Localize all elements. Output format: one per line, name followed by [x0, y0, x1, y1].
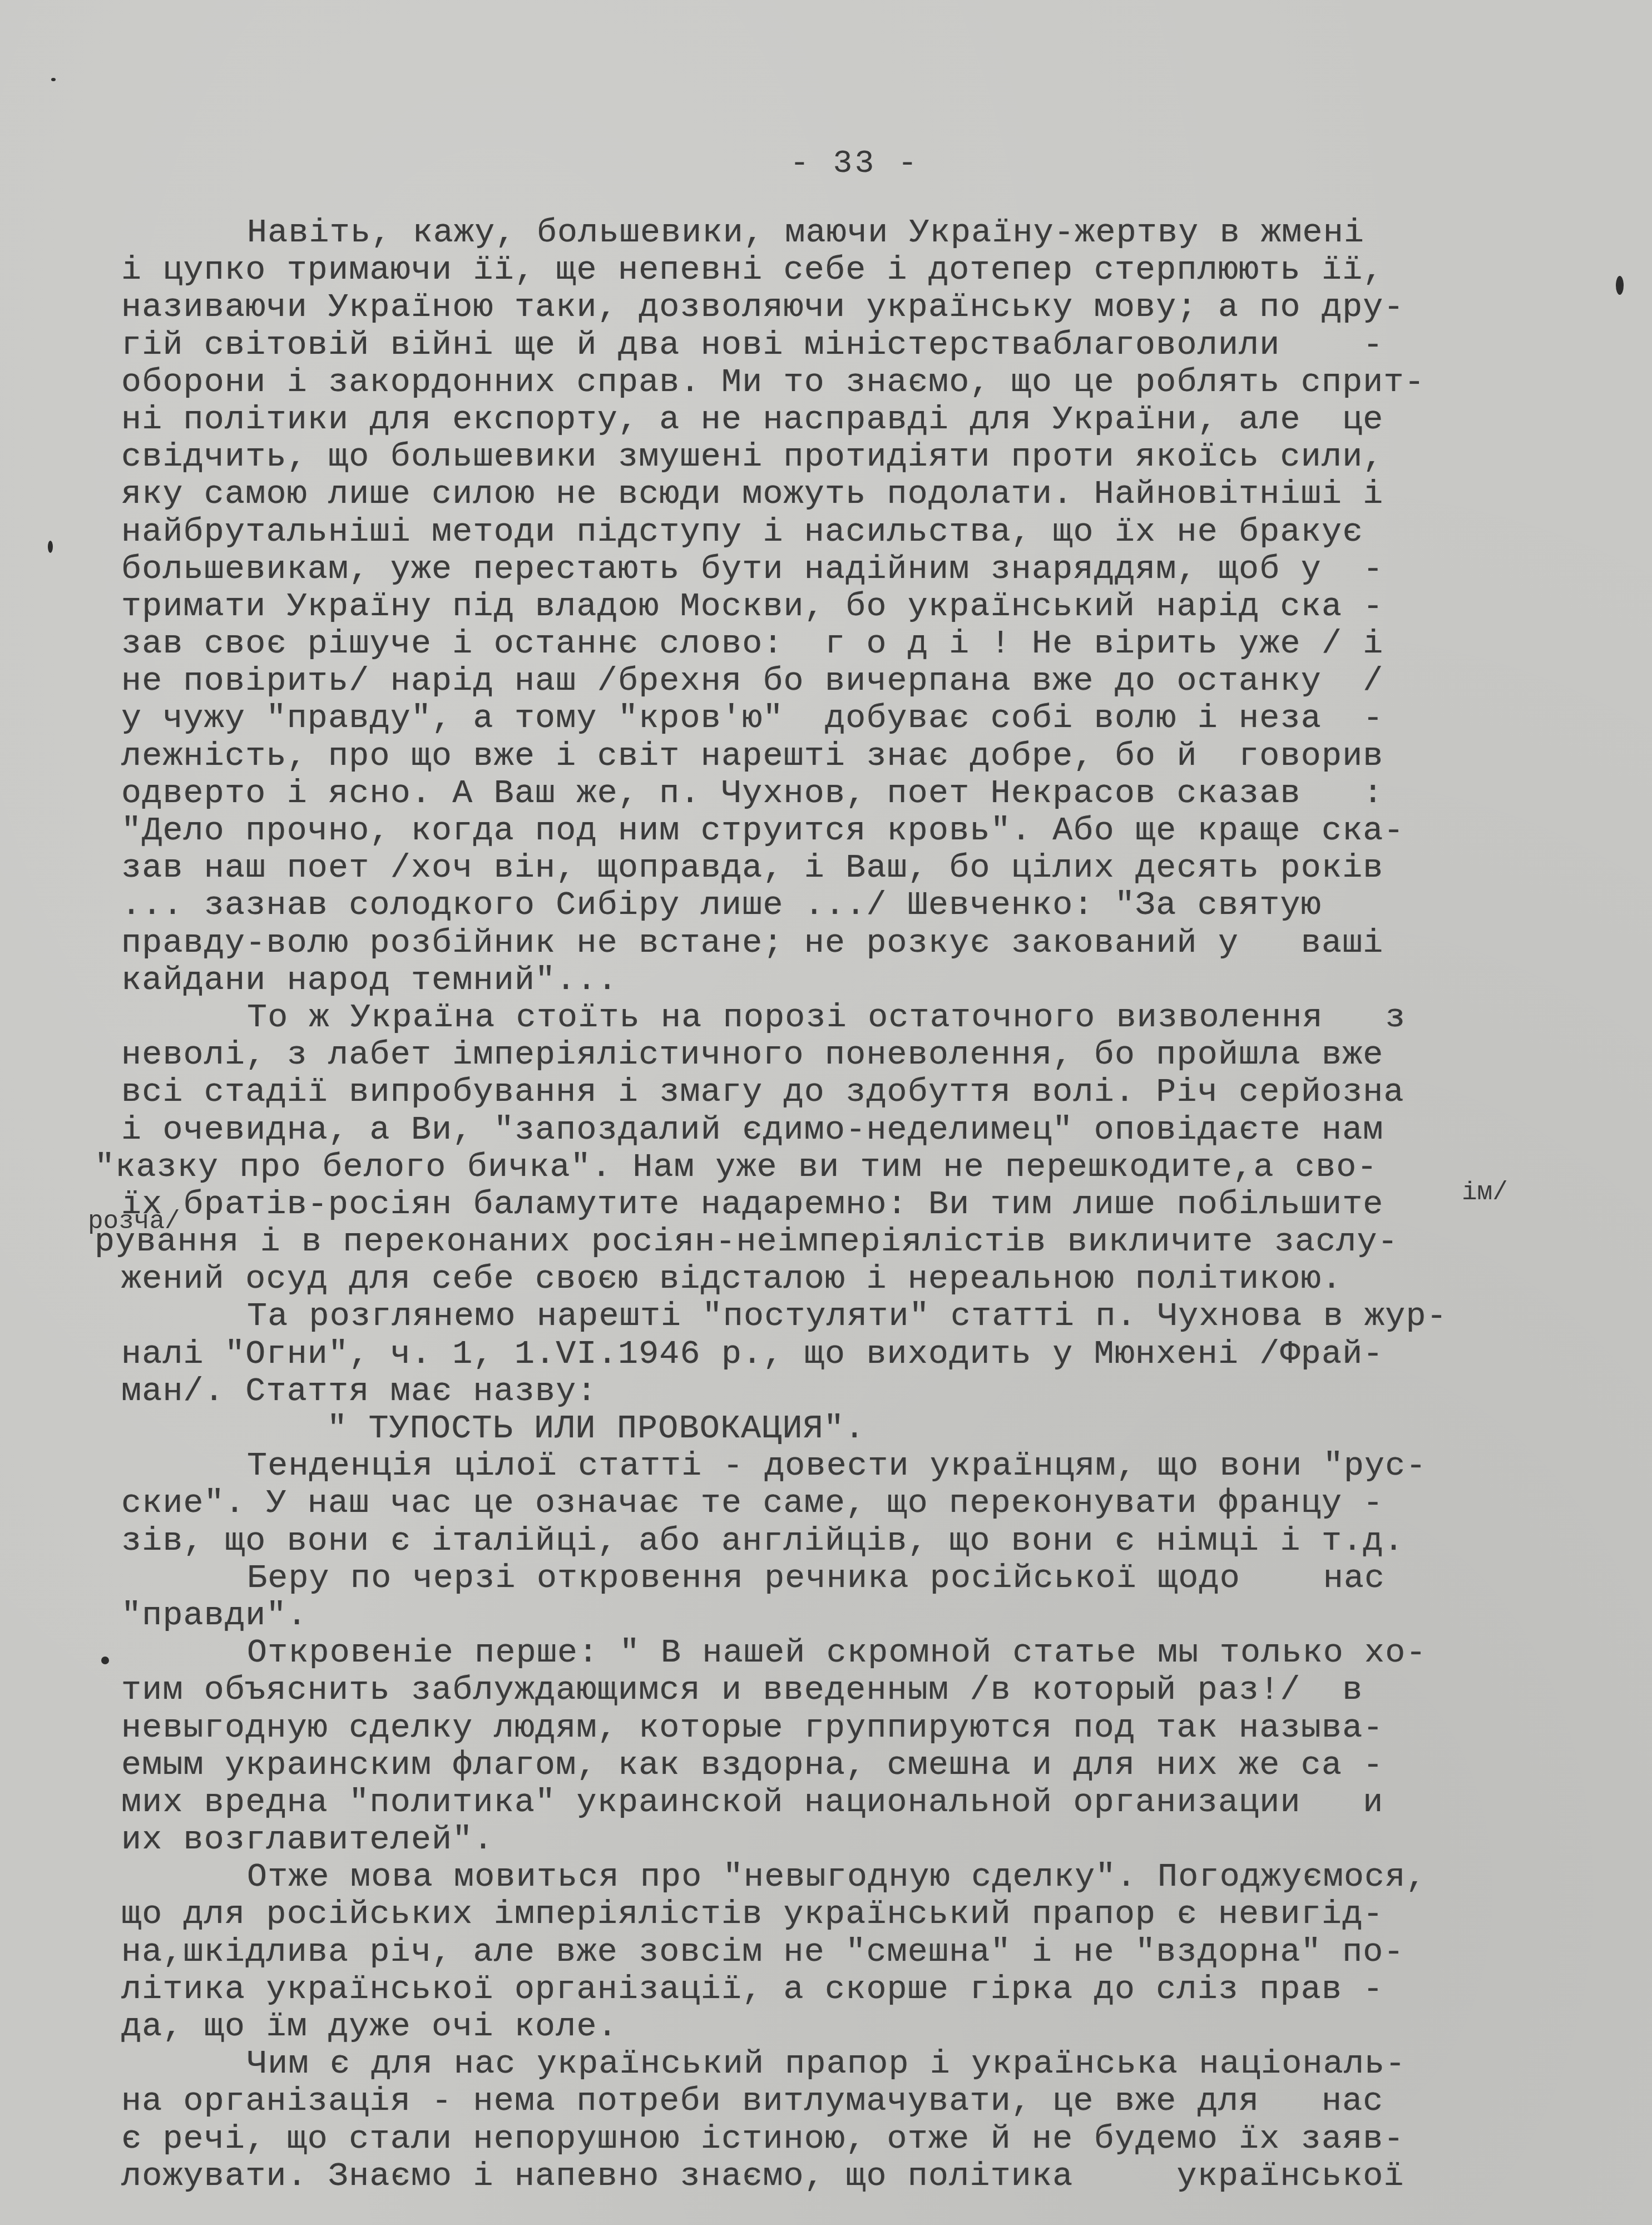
text-line: Чим є для нас український прапор і украї…	[121, 2046, 1545, 2083]
text-line: зів, що вони є італійці, або англійців, …	[121, 1523, 1545, 1560]
text-line: тим объяснить заблуждающимся и введенным…	[121, 1672, 1545, 1709]
typewritten-page: - 33 - Навіть, кажу, большевики, маючи У…	[0, 0, 1652, 2225]
text-line: Отже мова мовиться про "невыгодную сделк…	[121, 1859, 1545, 1896]
text-line: То ж Україна стоїть на порозі остаточног…	[121, 1000, 1545, 1037]
text-line: кайдани народ темний"...	[121, 962, 1545, 1000]
text-line: емым украинским флагом, как вздорна, сме…	[121, 1747, 1545, 1784]
text-line: лежність, про що вже і світ нарешті знає…	[121, 738, 1545, 775]
text-line: тримати Україну під владою Москви, бо ук…	[121, 589, 1545, 626]
text-line: і очевидна, а Ви, "запоздалий єдимо-неде…	[121, 1112, 1545, 1149]
text-line: їх братів-росіян баламутите надаремно: В…	[121, 1186, 1545, 1224]
text-line: большевикам, уже перестають бути надійни…	[121, 551, 1545, 589]
text-line: их возглавителей".	[121, 1822, 1545, 1859]
text-line: ман/. Стаття має назву:	[121, 1373, 1545, 1411]
text-line: гій світовій війні ще й два нові міністе…	[121, 327, 1545, 364]
ink-speck	[51, 78, 56, 81]
page-number: - 33 -	[790, 146, 919, 182]
text-line: ... зазнав солодкого Сибіру лише .../ Ше…	[121, 887, 1545, 924]
ink-speck	[48, 541, 53, 553]
text-line: і цупко тримаючи її, ще непевні себе і д…	[121, 252, 1545, 289]
text-line: Тенденція цілої статті - довести українц…	[121, 1448, 1545, 1485]
text-line: Навіть, кажу, большевики, маючи Україну-…	[121, 215, 1545, 252]
text-line: Та розглянемо нарешті "постуляти" статті…	[121, 1298, 1545, 1336]
text-line: " ТУПОСТЬ ИЛИ ПРОВОКАЦИЯ".	[121, 1411, 1545, 1448]
text-line: у чужу "правду", а тому "кров'ю" добуває…	[121, 700, 1545, 738]
text-line: є речі, що стали непорушною істиною, отж…	[121, 2121, 1545, 2158]
text-line: невыгодную сделку людям, которые группир…	[121, 1710, 1545, 1747]
text-line: ские". У наш час це означає те саме, що …	[121, 1485, 1545, 1522]
text-line: на організація - нема потреби витлумачув…	[121, 2083, 1545, 2120]
text-line: Беру по черзі откровення речника російсь…	[121, 1560, 1545, 1598]
ink-speck	[1616, 276, 1624, 295]
text-line: налі "Огни", ч. 1, 1.VI.1946 р., що вихо…	[121, 1336, 1545, 1373]
text-line: що для російських імперіялістів українсь…	[121, 1896, 1545, 1934]
text-line: ні політики для експорту, а не насправді…	[121, 402, 1545, 439]
text-line: правду-волю розбійник не встане; не розк…	[121, 925, 1545, 962]
text-line: "правди".	[121, 1598, 1545, 1635]
text-line: да, що їм дуже очі коле.	[121, 2009, 1545, 2046]
text-line: неволі, з лабет імперіялістичного понево…	[121, 1037, 1545, 1074]
text-line: називаючи Україною таки, дозволяючи укра…	[121, 289, 1545, 327]
text-line: "казку про белого бичка". Нам уже ви тим…	[95, 1149, 1545, 1186]
body-text: Навіть, кажу, большевики, маючи Україну-…	[121, 215, 1545, 2196]
text-line: яку самою лише силою не всюди можуть под…	[121, 476, 1545, 513]
text-line: "Дело прочно, когда под ним струится кро…	[121, 813, 1545, 850]
text-line: зав наш поет /хоч він, щоправда, і Ваш, …	[121, 850, 1545, 887]
text-line: одверто і ясно. А Ваш же, п. Чухнов, пое…	[121, 775, 1545, 813]
text-line: рування і в переконаних росіян-неімперія…	[95, 1224, 1545, 1261]
text-line: мих вредна "политика" украинской национа…	[121, 1784, 1545, 1822]
margin-note-left: розча/	[88, 1207, 180, 1236]
text-line: літика української організації, а скорше…	[121, 1971, 1545, 2009]
text-line: на,шкідлива річ, але вже зовсім не "смеш…	[121, 1934, 1545, 1971]
text-line: не повірить/ нарід наш /брехня бо вичерп…	[121, 663, 1545, 700]
text-line: зав своє рішуче і останнє слово: г о д і…	[121, 626, 1545, 663]
margin-note-right: ім/	[1462, 1178, 1508, 1207]
text-line: оборони і закордонних справ. Ми то знаєм…	[121, 364, 1545, 402]
text-line: Откровеніе перше: " В нашей скромной ста…	[121, 1635, 1545, 1672]
text-line: всі стадії випробування і змагу до здобу…	[121, 1074, 1545, 1111]
text-line: найбрутальніші методи підступу і насильс…	[121, 514, 1545, 551]
text-line: свідчить, що большевики змушені протидія…	[121, 439, 1545, 476]
ink-speck	[101, 1657, 109, 1664]
text-line: жений осуд для себе своєю відсталою і не…	[121, 1261, 1545, 1298]
text-line: ложувати. Знаємо і напевно знаємо, що по…	[121, 2158, 1545, 2196]
